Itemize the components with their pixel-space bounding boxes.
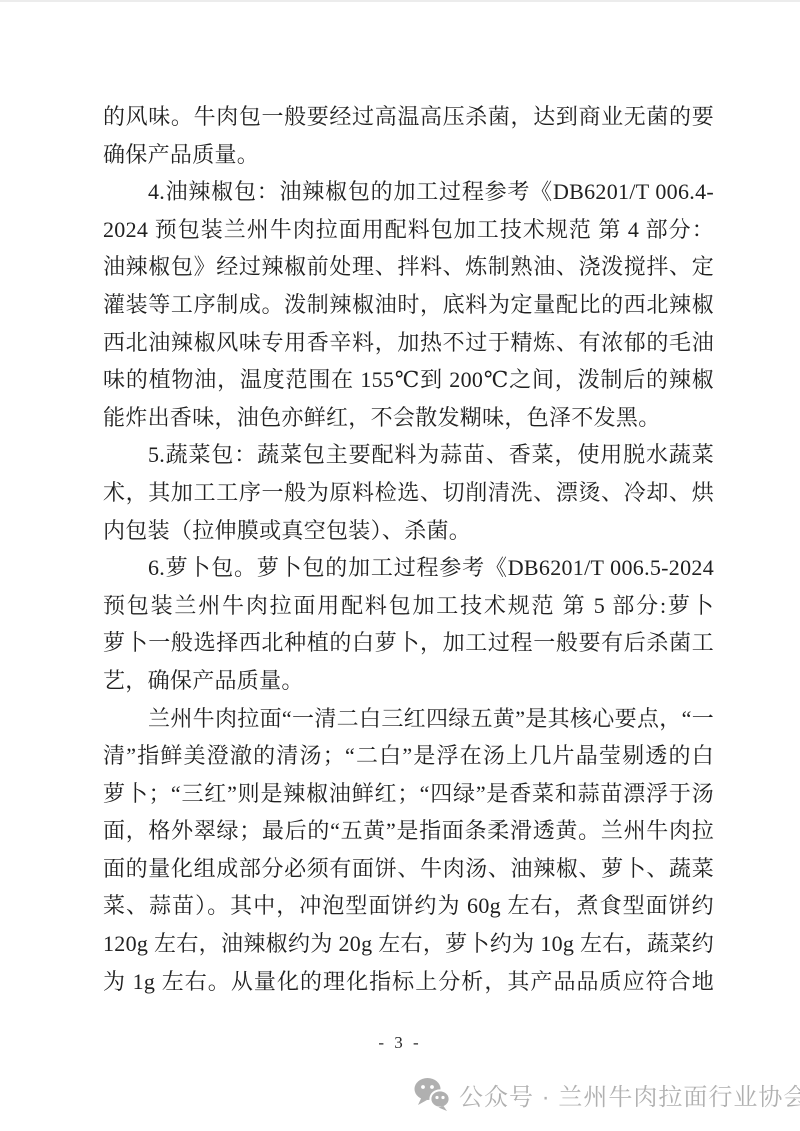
text-line: 能炸出香味，油色亦鲜红，不会散发糊味，色泽不发黑。 bbox=[103, 399, 714, 437]
text-line: 面，格外翠绿；最后的“五黄”是指面条柔滑透黄。兰州牛肉拉 bbox=[103, 812, 714, 850]
text-line: 面的量化组成部分必须有面饼、牛肉汤、油辣椒、萝卜、蔬菜（香 bbox=[103, 850, 714, 888]
text-line: 灌装等工序制成。泼制辣椒油时，底料为定量配比的西北辣椒和 bbox=[103, 286, 714, 324]
text-line: 油辣椒包》经过辣椒前处理、拌料、炼制熟油、浇泼搅拌、定量 bbox=[103, 248, 714, 286]
text-line: 6.萝卜包。萝卜包的加工过程参考《DB6201/T 006.5-2024 bbox=[103, 549, 714, 587]
watermark-footer: 公众号 · 兰州牛肉拉面行业协会 bbox=[414, 1076, 800, 1112]
wechat-icon bbox=[414, 1076, 450, 1112]
text-line: 西北油辣椒风味专用香辛料，加热不过于精炼、有浓郁的毛油香 bbox=[103, 324, 714, 362]
text-line: 2024 预包装兰州牛肉拉面用配料包加工技术规范 第 4 部分： bbox=[103, 211, 714, 249]
text-line: 艺，确保产品质量。 bbox=[103, 662, 714, 700]
text-line: 清”指鲜美澄澈的清汤；“二白”是浮在汤上几片晶莹剔透的白 bbox=[103, 737, 714, 775]
page-body-text: 的风味。牛肉包一般要经过高温高压杀菌，达到商业无菌的要求， 确保产品质量。 4.… bbox=[103, 98, 714, 1000]
document-page: 的风味。牛肉包一般要经过高温高压杀菌，达到商业无菌的要求， 确保产品质量。 4.… bbox=[0, 0, 800, 1131]
text-line: 内包装（拉伸膜或真空包装）、杀菌。 bbox=[103, 512, 714, 550]
text-line: 味的植物油，温度范围在 155℃到 200℃之间，泼制后的辣椒既 bbox=[103, 361, 714, 399]
text-line: 萝卜；“三红”则是辣椒油鲜红；“四绿”是香菜和蒜苗漂浮于汤 bbox=[103, 775, 714, 813]
text-line: 萝卜一般选择西北种植的白萝卜，加工过程一般要有后杀菌工 bbox=[103, 624, 714, 662]
text-line: 的风味。牛肉包一般要经过高温高压杀菌，达到商业无菌的要求， bbox=[103, 98, 714, 136]
text-line: 5.蔬菜包：蔬菜包主要配料为蒜苗、香菜，使用脱水蔬菜技 bbox=[103, 436, 714, 474]
text-line: 术，其加工工序一般为原料检选、切削清洗、漂烫、冷却、烘干， bbox=[103, 474, 714, 512]
text-line: 菜、蒜苗）。其中，冲泡型面饼约为 60g 左右，煮食型面饼约为 bbox=[103, 887, 714, 925]
text-line: 4.油辣椒包：油辣椒包的加工过程参考《DB6201/T 006.4- bbox=[103, 173, 714, 211]
text-line: 120g 左右，油辣椒约为 20g 左右，萝卜约为 10g 左右，蔬菜约 bbox=[103, 925, 714, 963]
text-line: 预包装兰州牛肉拉面用配料包加工技术规范 第 5 部分:萝卜包》。 bbox=[103, 587, 714, 625]
page-number: - 3 - bbox=[0, 1033, 800, 1053]
text-line: 为 1g 左右。从量化的理化指标上分析，其产品品质应符合地方 bbox=[103, 963, 714, 1001]
watermark-text: 公众号 · 兰州牛肉拉面行业协会 bbox=[459, 1077, 800, 1112]
text-line: 确保产品质量。 bbox=[103, 136, 714, 174]
text-line: 兰州牛肉拉面“一清二白三红四绿五黄”是其核心要点，“一 bbox=[103, 700, 714, 738]
